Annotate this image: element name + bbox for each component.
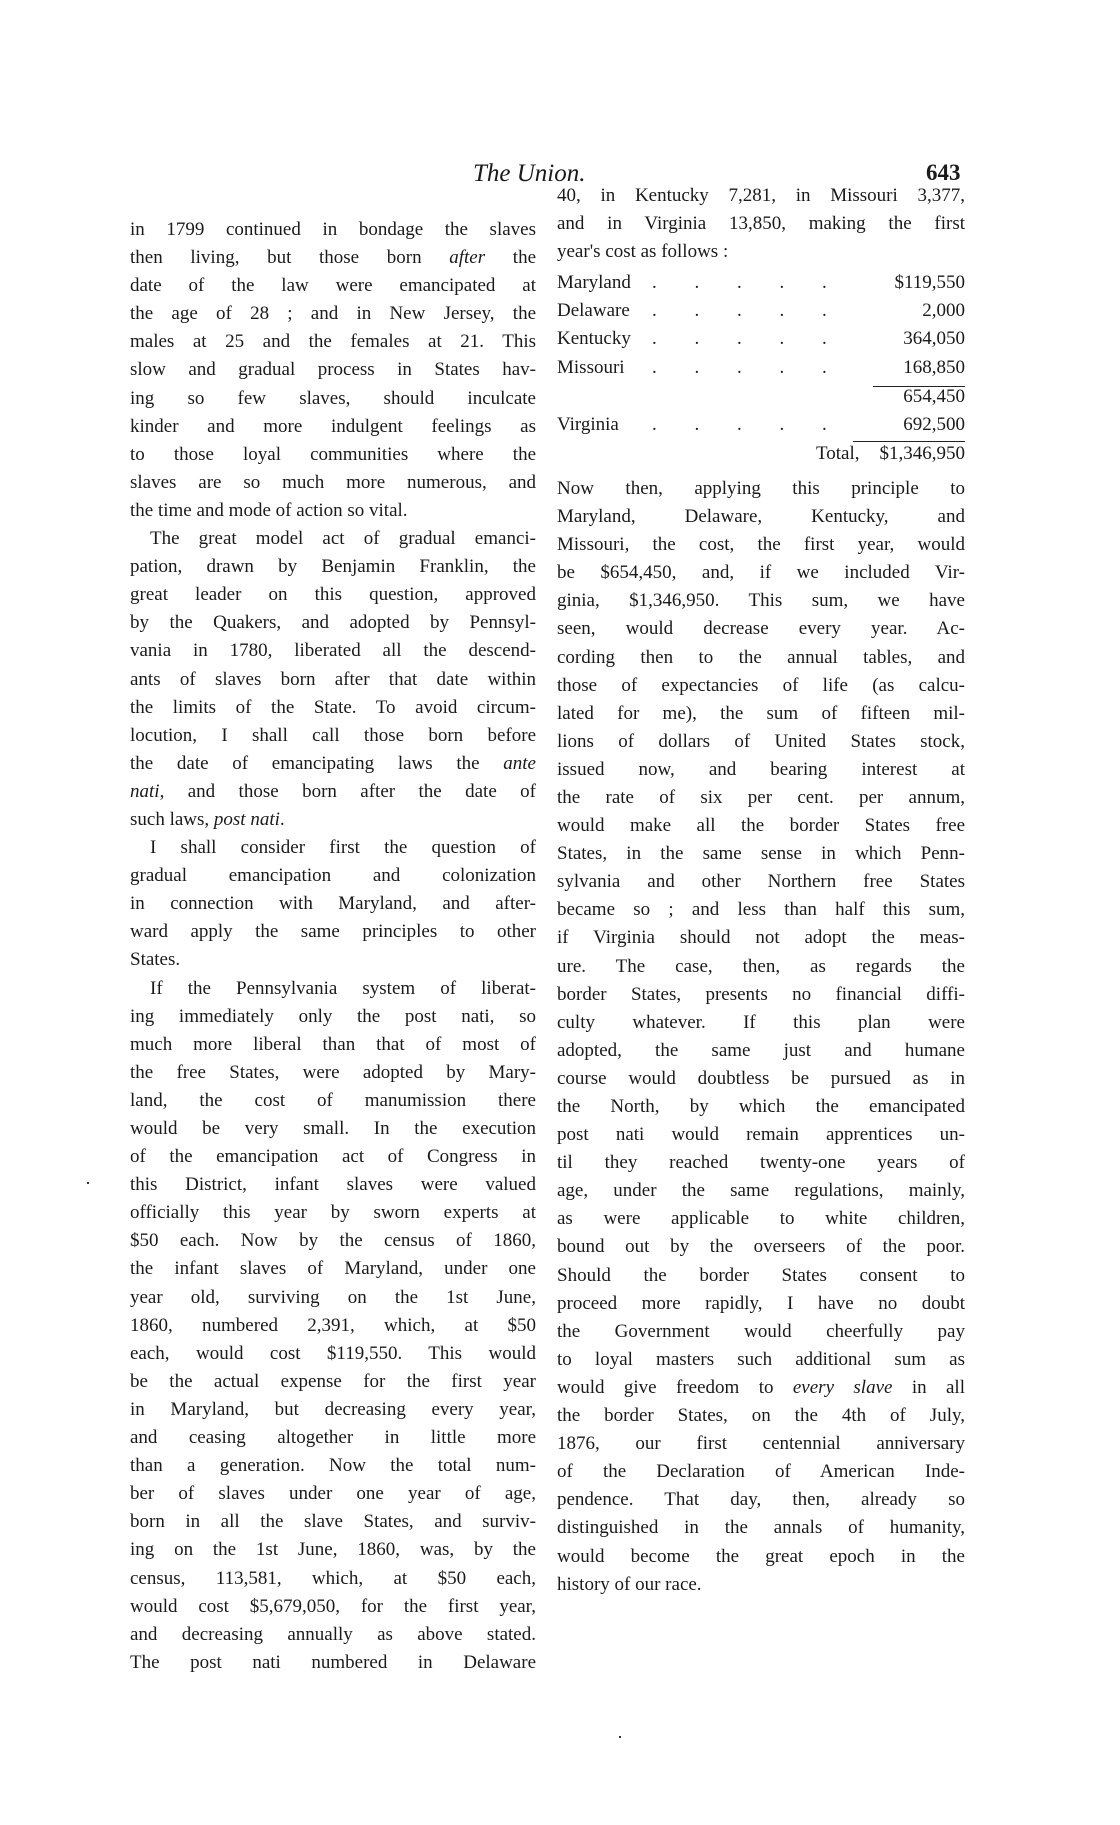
line-text: distinguished in the annals of humanity, [557,1517,965,1538]
amount: 364,050 [865,325,965,353]
line-text: ward apply the same principles to other [130,921,536,942]
text-line: land, the cost of manumission there [130,1087,536,1115]
text-line: in connection with Maryland, and after- [130,890,536,918]
line-text: the border States, on the 4th of July, [557,1405,965,1426]
text-line: the free States, were adopted by Mary- [130,1059,536,1087]
text-line: Maryland, Delaware, Kentucky, and [557,503,965,531]
text-line: border States, presents no financial dif… [557,981,965,1009]
text-line: til they reached twenty-one years of [557,1149,965,1177]
text-line: then living, but those born after the [130,244,536,272]
line-text: by the Quakers, and adopted by Pennsyl- [130,612,536,633]
text-line: 40, in Kentucky 7,281, in Missouri 3,377… [557,182,965,210]
line-text: much more liberal than that of most of [130,1034,536,1055]
text-line: seen, would decrease every year. Ac- [557,615,965,643]
line-text: and ceasing altogether in little more [130,1427,536,1448]
line-text: in all [892,1377,965,1398]
table-row: Maryland. . . . . . .$119,550 [557,269,965,297]
text-line: adopted, the same just and humane [557,1037,965,1065]
leader-dots: . . . . . . . [652,297,865,325]
line-text: year's cost as follows : [557,241,728,262]
text-line: The great model act of gradual emanci- [130,525,536,553]
line-text: history of our race. [557,1574,702,1595]
subtotal-row: 654,450 [557,383,965,411]
text-line: if Virginia should not adopt the meas- [557,924,965,952]
text-line: cording then to the annual tables, and [557,644,965,672]
text-line: of the Declaration of American Inde- [557,1458,965,1486]
text-line: in 1799 continued in bondage the slaves [130,216,536,244]
text-line: the age of 28 ; and in New Jersey, the [130,300,536,328]
text-line: the border States, on the 4th of July, [557,1402,965,1430]
text-line: sylvania and other Northern free States [557,868,965,896]
line-text: those of expectancies of life (as calcu- [557,675,965,696]
line-text: the free States, were adopted by Mary- [130,1062,536,1083]
line-text: the age of 28 ; and in New Jersey, the [130,303,536,324]
text-line: slow and gradual process in States hav- [130,356,536,384]
line-text: ure. The case, then, as regards the [557,956,965,977]
line-text: each, would cost $119,550. This would [130,1343,536,1364]
line-text: as were applicable to white children, [557,1208,965,1229]
print-speck [619,1736,621,1738]
text-line: age, under the same regulations, mainly, [557,1177,965,1205]
text-line: culty whatever. If this plan were [557,1009,965,1037]
line-text: States. [130,949,180,970]
line-text: 1876, our first centennial anniversary [557,1433,965,1454]
line-text: Now then, applying this principle to [557,478,965,499]
text-line: officially this year by sworn experts at [130,1199,536,1227]
amount: $119,550 [865,269,965,297]
line-text: The post nati numbered in Delaware [130,1652,536,1673]
line-text: the time and mode of action so vital. [130,500,408,521]
line-text: gradual emancipation and colonization [130,865,536,886]
text-line: ure. The case, then, as regards the [557,953,965,981]
line-text: til they reached twenty-one years of [557,1152,965,1173]
text-line: pendence. That day, then, already so [557,1486,965,1514]
line-text: States, in the same sense in which Penn- [557,843,965,864]
line-text: age, under the same regulations, mainly, [557,1180,965,1201]
text-line: much more liberal than that of most of [130,1031,536,1059]
right-column-body: Now then, applying this principle toMary… [557,475,965,1599]
amount: 168,850 [865,354,965,382]
text-line: 1876, our first centennial anniversary [557,1430,965,1458]
total-label: Total, [816,440,860,468]
line-text: and decreasing annually as above stated. [130,1624,536,1645]
line-text: the limits of the State. To avoid circum… [130,697,536,718]
line-text: ginia, $1,346,950. This sum, we have [557,590,965,611]
line-text: such laws, [130,809,214,830]
text-line: such laws, post nati. [130,806,536,834]
line-text: the Government would cheerfully pay [557,1321,965,1342]
line-text: course would doubtless be pursued as in [557,1068,965,1089]
text-line: Missouri, the cost, the first year, woul… [557,531,965,559]
text-line: States. [130,946,536,974]
line-text: would give freedom to [557,1377,793,1398]
line-text: be $654,450, and, if we included Vir- [557,562,965,583]
text-line: this District, infant slaves were valued [130,1171,536,1199]
text-line: history of our race. [557,1571,965,1599]
text-line: ber of slaves under one year of age, [130,1480,536,1508]
text-line: States, in the same sense in which Penn- [557,840,965,868]
line-text: The great model act of gradual emanci- [150,528,536,549]
text-line: the North, by which the emancipated [557,1093,965,1121]
text-line: of the emancipation act of Congress in [130,1143,536,1171]
line-text: Maryland, Delaware, Kentucky, and [557,506,965,527]
text-line: became so ; and less than half this sum, [557,896,965,924]
line-text: , and those born after the date of [160,781,536,802]
text-line: to those loyal communities where the [130,441,536,469]
italic-text: every slave [793,1377,893,1398]
line-text: in connection with Maryland, and after- [130,893,536,914]
state-name: Missouri [557,354,652,382]
line-text: If the Pennsylvania system of liberat- [150,978,536,999]
line-text: great leader on this question, approved [130,584,536,605]
line-text: census, 113,581, which, at $50 each, [130,1568,536,1589]
line-text: slow and gradual process in States hav- [130,359,536,380]
italic-text: post nati [214,809,280,830]
line-text: then living, but those born [130,247,449,268]
line-text: I shall consider first the question of [150,837,536,858]
line-text: of the Declaration of American Inde- [557,1461,965,1482]
line-text: Missouri, the cost, the first year, woul… [557,534,965,555]
text-line: bound out by the overseers of the poor. [557,1233,965,1261]
text-line: by the Quakers, and adopted by Pennsyl- [130,609,536,637]
line-text: kinder and more indulgent feelings as [130,416,536,437]
line-text: Should the border States consent to [557,1265,965,1286]
table-row-virginia: Virginia . . . . . . . 692,500 [557,411,965,439]
text-line: The post nati numbered in Delaware [130,1649,536,1677]
subtotal-value: 654,450 [865,383,965,411]
line-text: ber of slaves under one year of age, [130,1483,536,1504]
text-line: proceed more rapidly, I have no doubt [557,1290,965,1318]
line-text: this District, infant slaves were valued [130,1174,536,1195]
text-line: be $654,450, and, if we included Vir- [557,559,965,587]
line-text: would make all the border States free [557,815,965,836]
text-line: post nati would remain apprentices un- [557,1121,965,1149]
text-line: lions of dollars of United States stock, [557,728,965,756]
state-name: Delaware [557,297,652,325]
line-text: land, the cost of manumission there [130,1090,536,1111]
state-name: Maryland [557,269,652,297]
text-line: ward apply the same principles to other [130,918,536,946]
text-line: ing on the 1st June, 1860, was, by the [130,1536,536,1564]
line-text: ing so few slaves, should inculcate [130,388,536,409]
text-line: I shall consider first the question of [130,834,536,862]
text-line: the Government would cheerfully pay [557,1318,965,1346]
text-line: males at 25 and the females at 21. This [130,328,536,356]
line-text: ants of slaves born after that date with… [130,669,536,690]
text-line: Should the border States consent to [557,1262,965,1290]
text-line: 1860, numbered 2,391, which, at $50 [130,1312,536,1340]
text-line: course would doubtless be pursued as in [557,1065,965,1093]
text-line: date of the law were emancipated at [130,272,536,300]
text-line: those of expectancies of life (as calcu- [557,672,965,700]
line-text: issued now, and bearing interest at [557,759,965,780]
line-text: year old, surviving on the 1st June, [130,1287,536,1308]
text-line: issued now, and bearing interest at [557,756,965,784]
text-line: each, would cost $119,550. This would [130,1340,536,1368]
line-text: to loyal masters such additional sum as [557,1349,965,1370]
cost-table: Maryland. . . . . . .$119,550Delaware. .… [557,269,965,468]
text-line: ginia, $1,346,950. This sum, we have [557,587,965,615]
line-text: locution, I shall call those born before [130,725,536,746]
text-line: as were applicable to white children, [557,1205,965,1233]
text-line: the time and mode of action so vital. [130,497,536,525]
italic-text: nati [130,781,160,802]
line-text: pendence. That day, then, already so [557,1489,965,1510]
text-line: year old, surviving on the 1st June, [130,1284,536,1312]
line-text: cording then to the annual tables, and [557,647,965,668]
line-text: the date of emancipating laws the [130,753,503,774]
print-speck [87,1182,89,1184]
text-line: would give freedom to every slave in all [557,1374,965,1402]
text-line: Now then, applying this principle to [557,475,965,503]
line-text: of the emancipation act of Congress in [130,1146,536,1167]
line-text: adopted, the same just and humane [557,1040,965,1061]
text-line: ing so few slaves, should inculcate [130,385,536,413]
leader-dots: . . . . . . . [652,325,865,353]
line-text: the rate of six per cent. per annum, [557,787,965,808]
text-line: lated for me), the sum of fifteen mil- [557,700,965,728]
total-value: $1,346,950 [880,440,966,468]
line-text: in Maryland, but decreasing every year, [130,1399,536,1420]
state-name: Virginia [557,411,652,439]
line-text: ing on the 1st June, 1860, was, by the [130,1539,536,1560]
line-text: the infant slaves of Maryland, under one [130,1258,536,1279]
line-text: $50 each. Now by the census of 1860, [130,1230,536,1251]
text-line: be the actual expense for the first year [130,1368,536,1396]
line-text: pation, drawn by Benjamin Franklin, the [130,556,536,577]
line-text: border States, presents no financial dif… [557,984,965,1005]
text-line: nati, and those born after the date of [130,778,536,806]
text-line: slaves are so much more numerous, and [130,469,536,497]
line-text: would become the great epoch in the [557,1546,965,1567]
text-line: born in all the slave States, and surviv… [130,1508,536,1536]
line-text: the [485,247,536,268]
total-row: Total, $1,346,950 [557,440,965,468]
line-text: if Virginia should not adopt the meas- [557,927,965,948]
line-text: 1860, numbered 2,391, which, at $50 [130,1315,536,1336]
text-line: the infant slaves of Maryland, under one [130,1255,536,1283]
line-text: in 1799 continued in bondage the slaves [130,219,536,240]
text-line: census, 113,581, which, at $50 each, [130,1565,536,1593]
line-text: date of the law were emancipated at [130,275,536,296]
italic-text: after [449,247,485,268]
line-text: lated for me), the sum of fifteen mil- [557,703,965,724]
line-text: than a generation. Now the total num- [130,1455,536,1476]
text-line: the rate of six per cent. per annum, [557,784,965,812]
line-text: bound out by the overseers of the poor. [557,1236,965,1257]
text-line: If the Pennsylvania system of liberat- [130,975,536,1003]
line-text: . [280,809,285,830]
line-text: to those loyal communities where the [130,444,536,465]
text-line: gradual emancipation and colonization [130,862,536,890]
text-line: and ceasing altogether in little more [130,1424,536,1452]
text-line: would cost $5,679,050, for the first yea… [130,1593,536,1621]
line-text: would cost $5,679,050, for the first yea… [130,1596,536,1617]
line-text: officially this year by sworn experts at [130,1202,536,1223]
text-line: great leader on this question, approved [130,581,536,609]
text-line: pation, drawn by Benjamin Franklin, the [130,553,536,581]
line-text: males at 25 and the females at 21. This [130,331,536,352]
table-row: Missouri. . . . . . .168,850 [557,354,965,382]
leader-dots: . . . . . . . [652,411,865,439]
text-line: would be very small. In the execution [130,1115,536,1143]
amount: 692,500 [865,411,965,439]
text-line: and decreasing annually as above stated. [130,1621,536,1649]
line-text: would be very small. In the execution [130,1118,536,1139]
line-text: sylvania and other Northern free States [557,871,965,892]
text-line: would make all the border States free [557,812,965,840]
leader-dots: . . . . . . . [652,269,865,297]
line-text: slaves are so much more numerous, and [130,472,536,493]
line-text: lions of dollars of United States stock, [557,731,965,752]
text-line: and in Virginia 13,850, making the first [557,210,965,238]
table-row: Kentucky. . . . . . .364,050 [557,325,965,353]
text-line: locution, I shall call those born before [130,722,536,750]
text-line: ing immediately only the post nati, so [130,1003,536,1031]
line-text: vania in 1780, liberated all the descend… [130,640,536,661]
left-column: in 1799 continued in bondage the slavest… [130,216,536,1677]
text-line: the date of emancipating laws the ante [130,750,536,778]
line-text: 40, in Kentucky 7,281, in Missouri 3,377… [557,185,965,206]
text-line: the limits of the State. To avoid circum… [130,694,536,722]
text-line: vania in 1780, liberated all the descend… [130,637,536,665]
line-text: ing immediately only the post nati, so [130,1006,536,1027]
text-line: kinder and more indulgent feelings as [130,413,536,441]
line-text: born in all the slave States, and surviv… [130,1511,536,1532]
italic-text: ante [503,753,536,774]
line-text: be the actual expense for the first year [130,1371,536,1392]
table-row: Delaware. . . . . . .2,000 [557,297,965,325]
amount: 2,000 [865,297,965,325]
text-line: $50 each. Now by the census of 1860, [130,1227,536,1255]
text-line: than a generation. Now the total num- [130,1452,536,1480]
text-line: year's cost as follows : [557,238,965,266]
text-line: distinguished in the annals of humanity, [557,1514,965,1542]
right-column-intro: 40, in Kentucky 7,281, in Missouri 3,377… [557,182,965,266]
line-text: the North, by which the emancipated [557,1096,965,1117]
line-text: post nati would remain apprentices un- [557,1124,965,1145]
line-text: seen, would decrease every year. Ac- [557,618,965,639]
leader-dots: . . . . . . . [652,354,865,382]
text-line: would become the great epoch in the [557,1543,965,1571]
state-name: Kentucky [557,325,652,353]
line-text: proceed more rapidly, I have no doubt [557,1293,965,1314]
text-line: to loyal masters such additional sum as [557,1346,965,1374]
line-text: culty whatever. If this plan were [557,1012,965,1033]
right-column: 40, in Kentucky 7,281, in Missouri 3,377… [557,182,965,1599]
line-text: became so ; and less than half this sum, [557,899,965,920]
text-line: ants of slaves born after that date with… [130,666,536,694]
line-text: and in Virginia 13,850, making the first [557,213,965,234]
text-line: in Maryland, but decreasing every year, [130,1396,536,1424]
